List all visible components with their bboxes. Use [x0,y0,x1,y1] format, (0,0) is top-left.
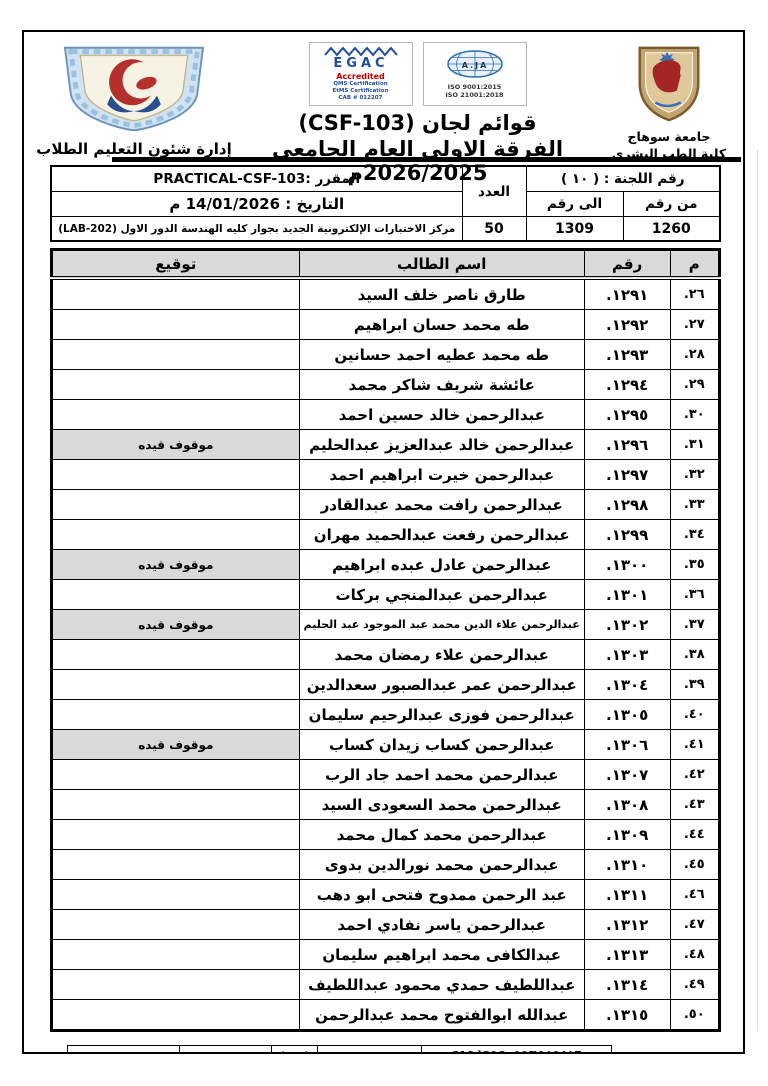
seat-number-cell: ١٣١١. [584,880,670,910]
egac-accredited-text: Accredited [336,73,385,81]
student-name-cell: عبداللطيف حمدي محمود عبداللطيف [299,970,584,1000]
student-name-cell: عبدالله ابوالفتوح محمد عبدالرحمن [299,1000,584,1031]
student-name-cell: عبدالرحمن خالد حسين احمد [299,400,584,430]
serial-cell: ٣٥. [670,550,719,580]
to-number-value: 1309 [526,217,623,242]
iso-line-1: ISO 9001:2015 [448,83,502,91]
signature-cell [52,790,300,820]
student-row: ٣١. ١٢٩٦. عبدالرحمن خالد عبدالعزيز عبدال… [52,430,720,460]
serial-cell: ٣٣. [670,490,719,520]
student-name-cell: عبدالرحمن محمد احمد جاد الرب [299,760,584,790]
student-name-cell: عبدالكافى محمد ابراهيم سليمان [299,940,584,970]
serial-cell: ٤٥. [670,850,719,880]
student-row: ٥٠. ١٣١٥. عبدالله ابوالفتوح محمد عبدالرح… [52,1000,720,1031]
student-name-cell: عبدالرحمن علاء الدين محمد عبد الموجود عب… [299,610,584,640]
signature-cell [52,400,300,430]
sohag-university-shield-icon [631,109,707,128]
from-number-label: من رقم [623,192,720,217]
seat-number-cell: ١٣١٠. [584,850,670,880]
student-name-cell: عبدالرحمن محمد كمال محمد [299,820,584,850]
signature-cell [52,278,300,310]
serial-cell: ٤٣. [670,790,719,820]
serial-cell: ٣٧. [670,610,719,640]
serial-cell: ٤٨. [670,940,719,970]
student-row: ٤٢. ١٣٠٧. عبدالرحمن محمد احمد جاد الرب [52,760,720,790]
student-affairs-label: إدارة شئون التعليم الطلاب [36,140,232,158]
student-row: ٣٤. ١٢٩٩. عبدالرحمن رفعت عبدالحميد مهران [52,520,720,550]
student-row: ٣٧. ١٣٠٢. عبدالرحمن علاء الدين محمد عبد … [52,610,720,640]
signature-cell: موقوف قيده [52,550,300,580]
seat-number-cell: ١٣٠١. [584,580,670,610]
student-row: ٣٣. ١٢٩٨. عبدالرحمن رافت محمد عبدالقادر [52,490,720,520]
seat-number-cell: ١٣٠٠. [584,550,670,580]
form-footer-table: نموذج رقم SMdS0Sa00F010117 الاصدار/تعديل… [67,1045,704,1054]
serial-cell: ٤٢. [670,760,719,790]
student-row: ٤٤. ١٣٠٩. عبدالرحمن محمد كمال محمد [52,820,720,850]
student-name-cell: عائشة شريف شاكر محمد [299,370,584,400]
egac-accreditation-badge: EGAC Accredited QMS Certification EtMS C… [309,42,413,106]
signature-cell [52,940,300,970]
signature-cell [52,460,300,490]
student-row: ٣٨. ١٣٠٣. عبدالرحمن علاء رمضان محمد [52,640,720,670]
issue-date-value: ٢٠٢٢/٠٤/٠٣ [68,1046,180,1055]
signature-cell [52,700,300,730]
serial-cell: ٣٦. [670,580,719,610]
column-header-student-name: اسم الطالب [299,250,584,279]
signature-cell [52,850,300,880]
seat-number-cell: ١٢٩٦. [584,430,670,460]
student-name-cell: عبدالرحمن عمر عبدالصبور سعدالدين [299,670,584,700]
serial-cell: ٤٦. [670,880,719,910]
seat-number-cell: ١٢٩٩. [584,520,670,550]
signature-cell: موقوف قيده [52,610,300,640]
serial-cell: ٤٠. [670,700,719,730]
student-row: ٣٦. ١٣٠١. عبدالرحمن عبدالمنجي بركات [52,580,720,610]
student-name-cell: عبدالرحمن علاء رمضان محمد [299,640,584,670]
student-name-cell: عبدالرحمن خيرت ابراهيم احمد [299,460,584,490]
seat-number-cell: ١٣٠٨. [584,790,670,820]
serial-cell: ٥٠. [670,1000,719,1031]
student-name-cell: عبدالرحمن خالد عبدالعزيز عبدالحليم [299,430,584,460]
student-row: ٢٦. ١٢٩١. طارق ناصر خلف السيد [52,278,720,310]
column-header-signature: توقيع [52,250,300,279]
signature-cell [52,310,300,340]
issue-revision-value: (١/١) [272,1046,318,1055]
student-name-cell: طه محمد حسان ابراهيم [299,310,584,340]
student-row: ٢٨. ١٢٩٣. طه محمد عطيه احمد حسانين [52,340,720,370]
serial-cell: ٢٨. [670,340,719,370]
student-row: ٣٢. ١٢٩٧. عبدالرحمن خيرت ابراهيم احمد [52,460,720,490]
seat-number-cell: ١٢٩٤. [584,370,670,400]
student-name-cell: عبد الرحمن ممدوح فتحى ابو دهب [299,880,584,910]
egac-logo-icon: EGAC [317,46,405,74]
student-row: ٤٩. ١٣١٤. عبداللطيف حمدي محمود عبداللطيف [52,970,720,1000]
signature-cell [52,910,300,940]
signature-cell [52,820,300,850]
faculty-name: كلية الطب البشرى [603,146,735,162]
student-name-cell: عبدالرحمن رافت محمد عبدالقادر [299,490,584,520]
student-row: ٤٧. ١٣١٢. عبدالرحمن ياسر نفادي احمد [52,910,720,940]
issue-date-label: تاريخ الاصدار [180,1046,272,1055]
seat-number-cell: ١٣٠٧. [584,760,670,790]
student-name-cell: عبدالرحمن محمد نورالدين بدوى [299,850,584,880]
student-row: ٣٩. ١٣٠٤. عبدالرحمن عمر عبدالصبور سعدالد… [52,670,720,700]
issue-revision-label: الاصدار/تعديل [318,1046,422,1055]
student-row: ٤٠. ١٣٠٥. عبدالرحمن فوزى عبدالرحيم سليما… [52,700,720,730]
student-affairs-logo-block: إدارة شئون التعليم الطلاب [36,42,232,158]
signature-cell [52,760,300,790]
scanned-document-page: { "header": { "title": "قوائم لجان (CSF-… [0,0,768,1086]
seat-number-cell: ١٣٠٦. [584,730,670,760]
student-row: ٤١. ١٣٠٦. عبدالرحمن كساب زيدان كساب موقو… [52,730,720,760]
seat-number-cell: ١٢٩١. [584,278,670,310]
student-name-cell: طارق ناصر خلف السيد [299,278,584,310]
signature-cell [52,970,300,1000]
student-name-cell: عبدالرحمن عادل عبده ابراهيم [299,550,584,580]
seat-number-cell: ١٢٩٧. [584,460,670,490]
signature-cell [52,340,300,370]
signature-cell [52,580,300,610]
serial-cell: ٣٤. [670,520,719,550]
seat-number-cell: ١٢٩٢. [584,310,670,340]
exam-date: التاريخ : 14/01/2026 م [51,192,462,217]
students-table: م رقم اسم الطالب توقيع ٢٦. ١٢٩١. طارق نا… [50,248,721,1032]
count-value: 50 [462,217,526,242]
seat-number-cell: ١٣٠٥. [584,700,670,730]
serial-cell: ٣٩. [670,670,719,700]
student-name-cell: عبدالرحمن عبدالمنجي بركات [299,580,584,610]
faculty-of-medicine-emblem-icon [53,119,215,138]
signature-cell [52,880,300,910]
aja-accreditation-badge: A.JA ISO 9001:2015 ISO 21001:2018 [423,42,527,106]
signature-cell: موقوف قيده [52,730,300,760]
signature-cell [52,490,300,520]
egac-cert-line-1: QMS Certification [333,81,387,87]
form-code: SMdS0Sa00F010117 [422,1046,612,1055]
column-header-number: رقم [584,250,670,279]
seat-number-cell: ١٣٠٣. [584,640,670,670]
signature-cell [52,520,300,550]
document-header: جامعة سوهاج كلية الطب البشرى EGAC Accred… [24,32,743,154]
student-row: ٣٠. ١٢٩٥. عبدالرحمن خالد حسين احمد [52,400,720,430]
seat-number-cell: ١٣٠٩. [584,820,670,850]
column-header-serial: م [670,250,719,279]
serial-cell: ٤٤. [670,820,719,850]
serial-cell: ٤٩. [670,970,719,1000]
seat-number-cell: ١٣٠٢. [584,610,670,640]
scan-artifact-line [757,150,758,1030]
egac-label: EGAC [333,56,388,70]
aja-globe-icon: A.JA [445,49,505,83]
serial-cell: ٣٢. [670,460,719,490]
seat-number-cell: ١٣٠٤. [584,670,670,700]
serial-cell: ٣٨. [670,640,719,670]
serial-cell: ٤٧. [670,910,719,940]
egac-cert-line-3: CAB # 012207 [339,95,383,101]
signature-cell [52,670,300,700]
document-title: قوائم لجان (CSF-103) [232,111,603,135]
seat-number-cell: ١٢٩٨. [584,490,670,520]
seat-number-cell: ١٣١٤. [584,970,670,1000]
student-row: ٤٦. ١٣١١. عبد الرحمن ممدوح فتحى ابو دهب [52,880,720,910]
serial-cell: ٣٠. [670,400,719,430]
signature-cell: موقوف قيده [52,430,300,460]
iso-line-2: ISO 21001:2018 [445,91,503,99]
student-name-cell: طه محمد عطيه احمد حسانين [299,340,584,370]
serial-cell: ٤١. [670,730,719,760]
signature-cell [52,1000,300,1031]
university-logo-block: جامعة سوهاج كلية الطب البشرى [603,42,735,163]
exam-location: مركز الاختبارات الإلكترونية الجديد بجوار… [51,217,462,242]
seat-number-cell: ١٣١٢. [584,910,670,940]
accreditation-logos: EGAC Accredited QMS Certification EtMS C… [232,42,603,106]
egac-cert-line-2: EtMS Certification [333,88,389,94]
student-row: ٢٧. ١٢٩٢. طه محمد حسان ابراهيم [52,310,720,340]
signature-cell [52,370,300,400]
seat-number-cell: ١٢٩٣. [584,340,670,370]
student-row: ٤٥. ١٣١٠. عبدالرحمن محمد نورالدين بدوى [52,850,720,880]
student-row: ٤٣. ١٣٠٨. عبدالرحمن محمد السعودى السيد [52,790,720,820]
university-name: جامعة سوهاج [603,129,735,145]
document-page: جامعة سوهاج كلية الطب البشرى EGAC Accred… [22,30,745,1054]
serial-cell: ٢٦. [670,278,719,310]
aja-label: A.JA [461,61,488,70]
seat-number-cell: ١٣١٣. [584,940,670,970]
students-tbody: ٢٦. ١٢٩١. طارق ناصر خلف السيد ٢٧. ١٢٩٢. … [52,278,720,1031]
student-row: ٣٥. ١٣٠٠. عبدالرحمن عادل عبده ابراهيم مو… [52,550,720,580]
from-number-value: 1260 [623,217,720,242]
student-name-cell: عبدالرحمن فوزى عبدالرحيم سليمان [299,700,584,730]
seat-number-cell: ١٢٩٥. [584,400,670,430]
student-row: ٤٨. ١٣١٣. عبدالكافى محمد ابراهيم سليمان [52,940,720,970]
form-number-label: نموذج رقم [612,1046,704,1055]
student-name-cell: عبدالرحمن كساب زيدان كساب [299,730,584,760]
page-content: رقم اللجنة : ( ١٠ ) العدد المقرر :PRACTI… [24,165,743,1054]
to-number-label: الى رقم [526,192,623,217]
student-name-cell: عبدالرحمن محمد السعودى السيد [299,790,584,820]
seat-number-cell: ١٣١٥. [584,1000,670,1031]
serial-cell: ٣١. [670,430,719,460]
signature-cell [52,640,300,670]
header-center: EGAC Accredited QMS Certification EtMS C… [232,42,603,185]
serial-cell: ٢٩. [670,370,719,400]
serial-cell: ٢٧. [670,310,719,340]
student-name-cell: عبدالرحمن ياسر نفادي احمد [299,910,584,940]
student-row: ٢٩. ١٢٩٤. عائشة شريف شاكر محمد [52,370,720,400]
student-name-cell: عبدالرحمن رفعت عبدالحميد مهران [299,520,584,550]
